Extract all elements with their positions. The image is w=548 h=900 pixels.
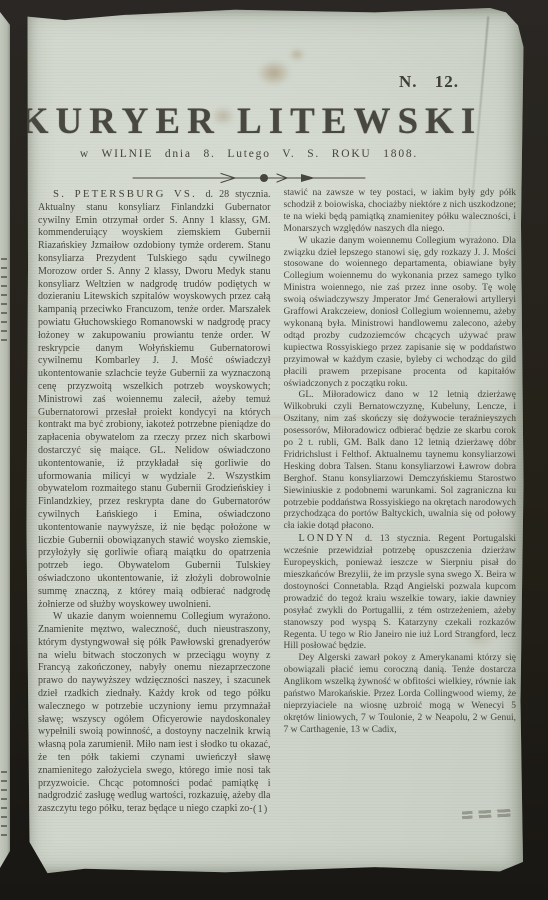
right-text-column: stawić na zawsze w tey postaci, w iakim …	[284, 188, 517, 830]
paragraph: Dey Algerski zawarł pokoy z Amerykanami …	[284, 653, 517, 736]
paragraph: W ukazie danym woiennemu Collegium wyraż…	[284, 236, 517, 391]
newspaper-title: KURYER LITEWSKI	[1, 100, 501, 143]
paragraph: W ukazie danym woiennemu Collegium wyraż…	[38, 611, 271, 816]
paragraph: LONDYN d. 13 stycznia. Regent Portugalsk…	[284, 533, 517, 653]
sheet-signature-mark: (1)	[253, 804, 268, 815]
adjacent-page-text-fragments	[1, 770, 7, 836]
section-dateline: LONDYN	[299, 533, 366, 544]
paper-stain	[257, 60, 291, 86]
paragraph: S. PETERSBURG VS. d. 28 stycznia. Aktual…	[38, 188, 271, 611]
photographed-newspaper-scan: N. 12. KURYER LITEWSKI w WILNIE dnia 8. …	[0, 0, 548, 900]
section-dateline: S. PETERSBURG VS.	[53, 188, 206, 200]
paragraph: GL. Miłoradowicz dano w 12 letnią dzierż…	[284, 390, 517, 533]
adjacent-page-edge	[0, 12, 10, 868]
paragraph: stawić na zawsze w tey postaci, w iakim …	[284, 188, 517, 236]
left-text-column: S. PETERSBURG VS. d. 28 stycznia. Aktual…	[38, 188, 271, 830]
masthead-dateline: w WILNIE dnia 8. Lutego V. S. ROKU 1808.	[0, 148, 499, 160]
article-body: S. PETERSBURG VS. d. 28 stycznia. Aktual…	[38, 188, 516, 830]
paper-stain	[289, 48, 305, 61]
newspaper-page: N. 12. KURYER LITEWSKI w WILNIE dnia 8. …	[25, 8, 525, 874]
adjacent-page-text-fragments	[1, 255, 7, 341]
issue-number: N. 12.	[399, 72, 459, 92]
